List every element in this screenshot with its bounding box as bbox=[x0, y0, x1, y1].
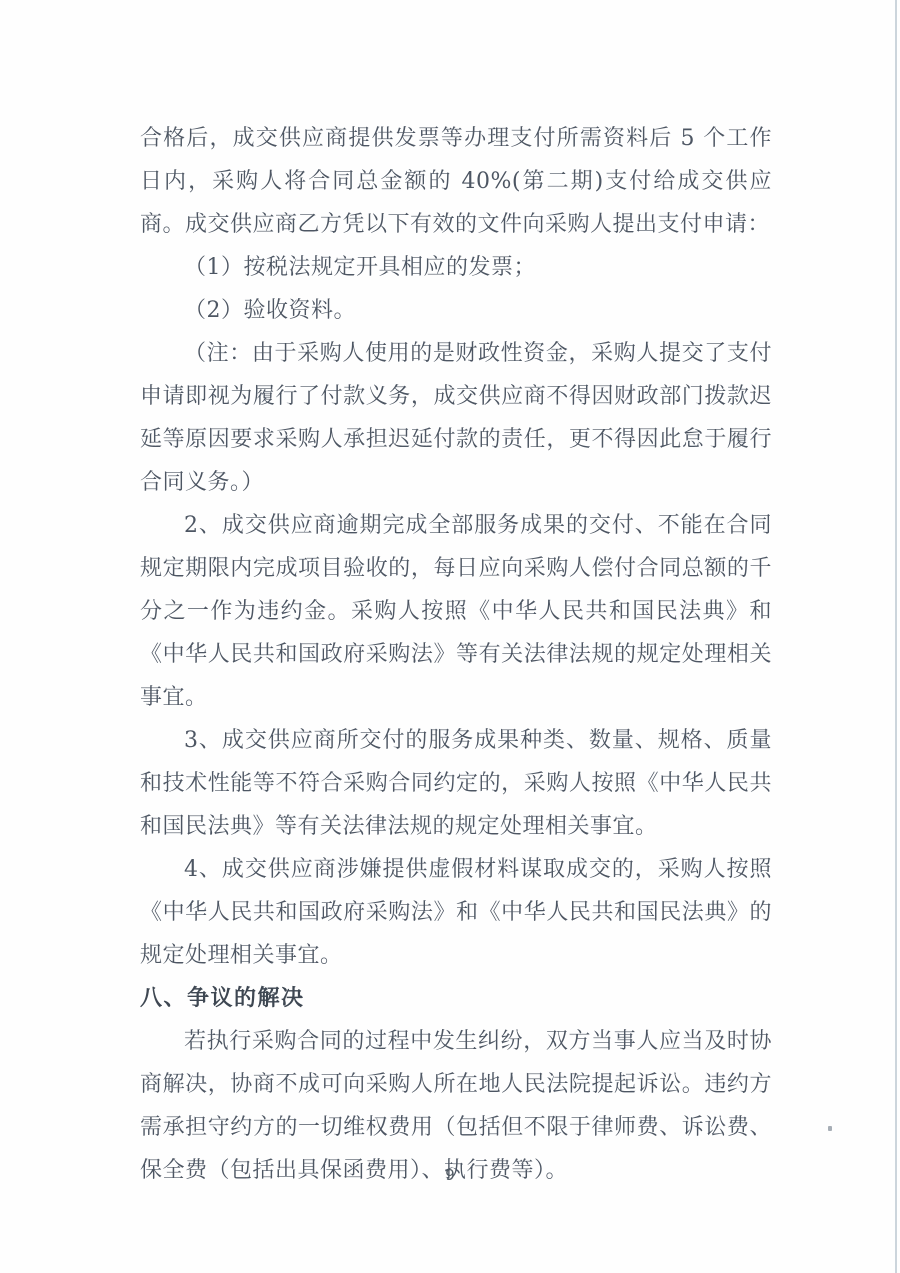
paragraph-payment-terms: 合格后，成交供应商提供发票等办理支付所需资料后 5 个工作日内，采购人将合同总金… bbox=[140, 117, 772, 246]
scan-edge-artifact bbox=[895, 0, 897, 1273]
clause-2-overdue-delivery: 2、成交供应商逾期完成全部服务成果的交付、不能在合同规定期限内完成项目验收的，每… bbox=[140, 504, 772, 719]
document-body: 合格后，成交供应商提供发票等办理支付所需资料后 5 个工作日内，采购人将合同总金… bbox=[140, 117, 772, 1192]
clause-4-false-materials: 4、成交供应商涉嫌提供虚假材料谋取成交的，采购人按照《中华人民共和国政府采购法》… bbox=[140, 848, 772, 977]
paragraph-fiscal-funds-note: （注：由于采购人使用的是财政性资金，采购人提交了支付申请即视为履行了付款义务，成… bbox=[140, 332, 772, 504]
section-heading-dispute-resolution: 八、争议的解决 bbox=[140, 977, 772, 1020]
clause-3-nonconforming-deliverables: 3、成交供应商所交付的服务成果种类、数量、规格、质量和技术性能等不符合采购合同约… bbox=[140, 719, 772, 848]
list-item-invoice: （1）按税法规定开具相应的发票； bbox=[140, 246, 772, 289]
page-number: 9 bbox=[0, 1166, 900, 1184]
scan-speck-artifact bbox=[828, 1126, 832, 1131]
document-page: 合格后，成交供应商提供发票等办理支付所需资料后 5 个工作日内，采购人将合同总金… bbox=[0, 0, 900, 1273]
list-item-acceptance-materials: （2）验收资料。 bbox=[140, 289, 772, 332]
